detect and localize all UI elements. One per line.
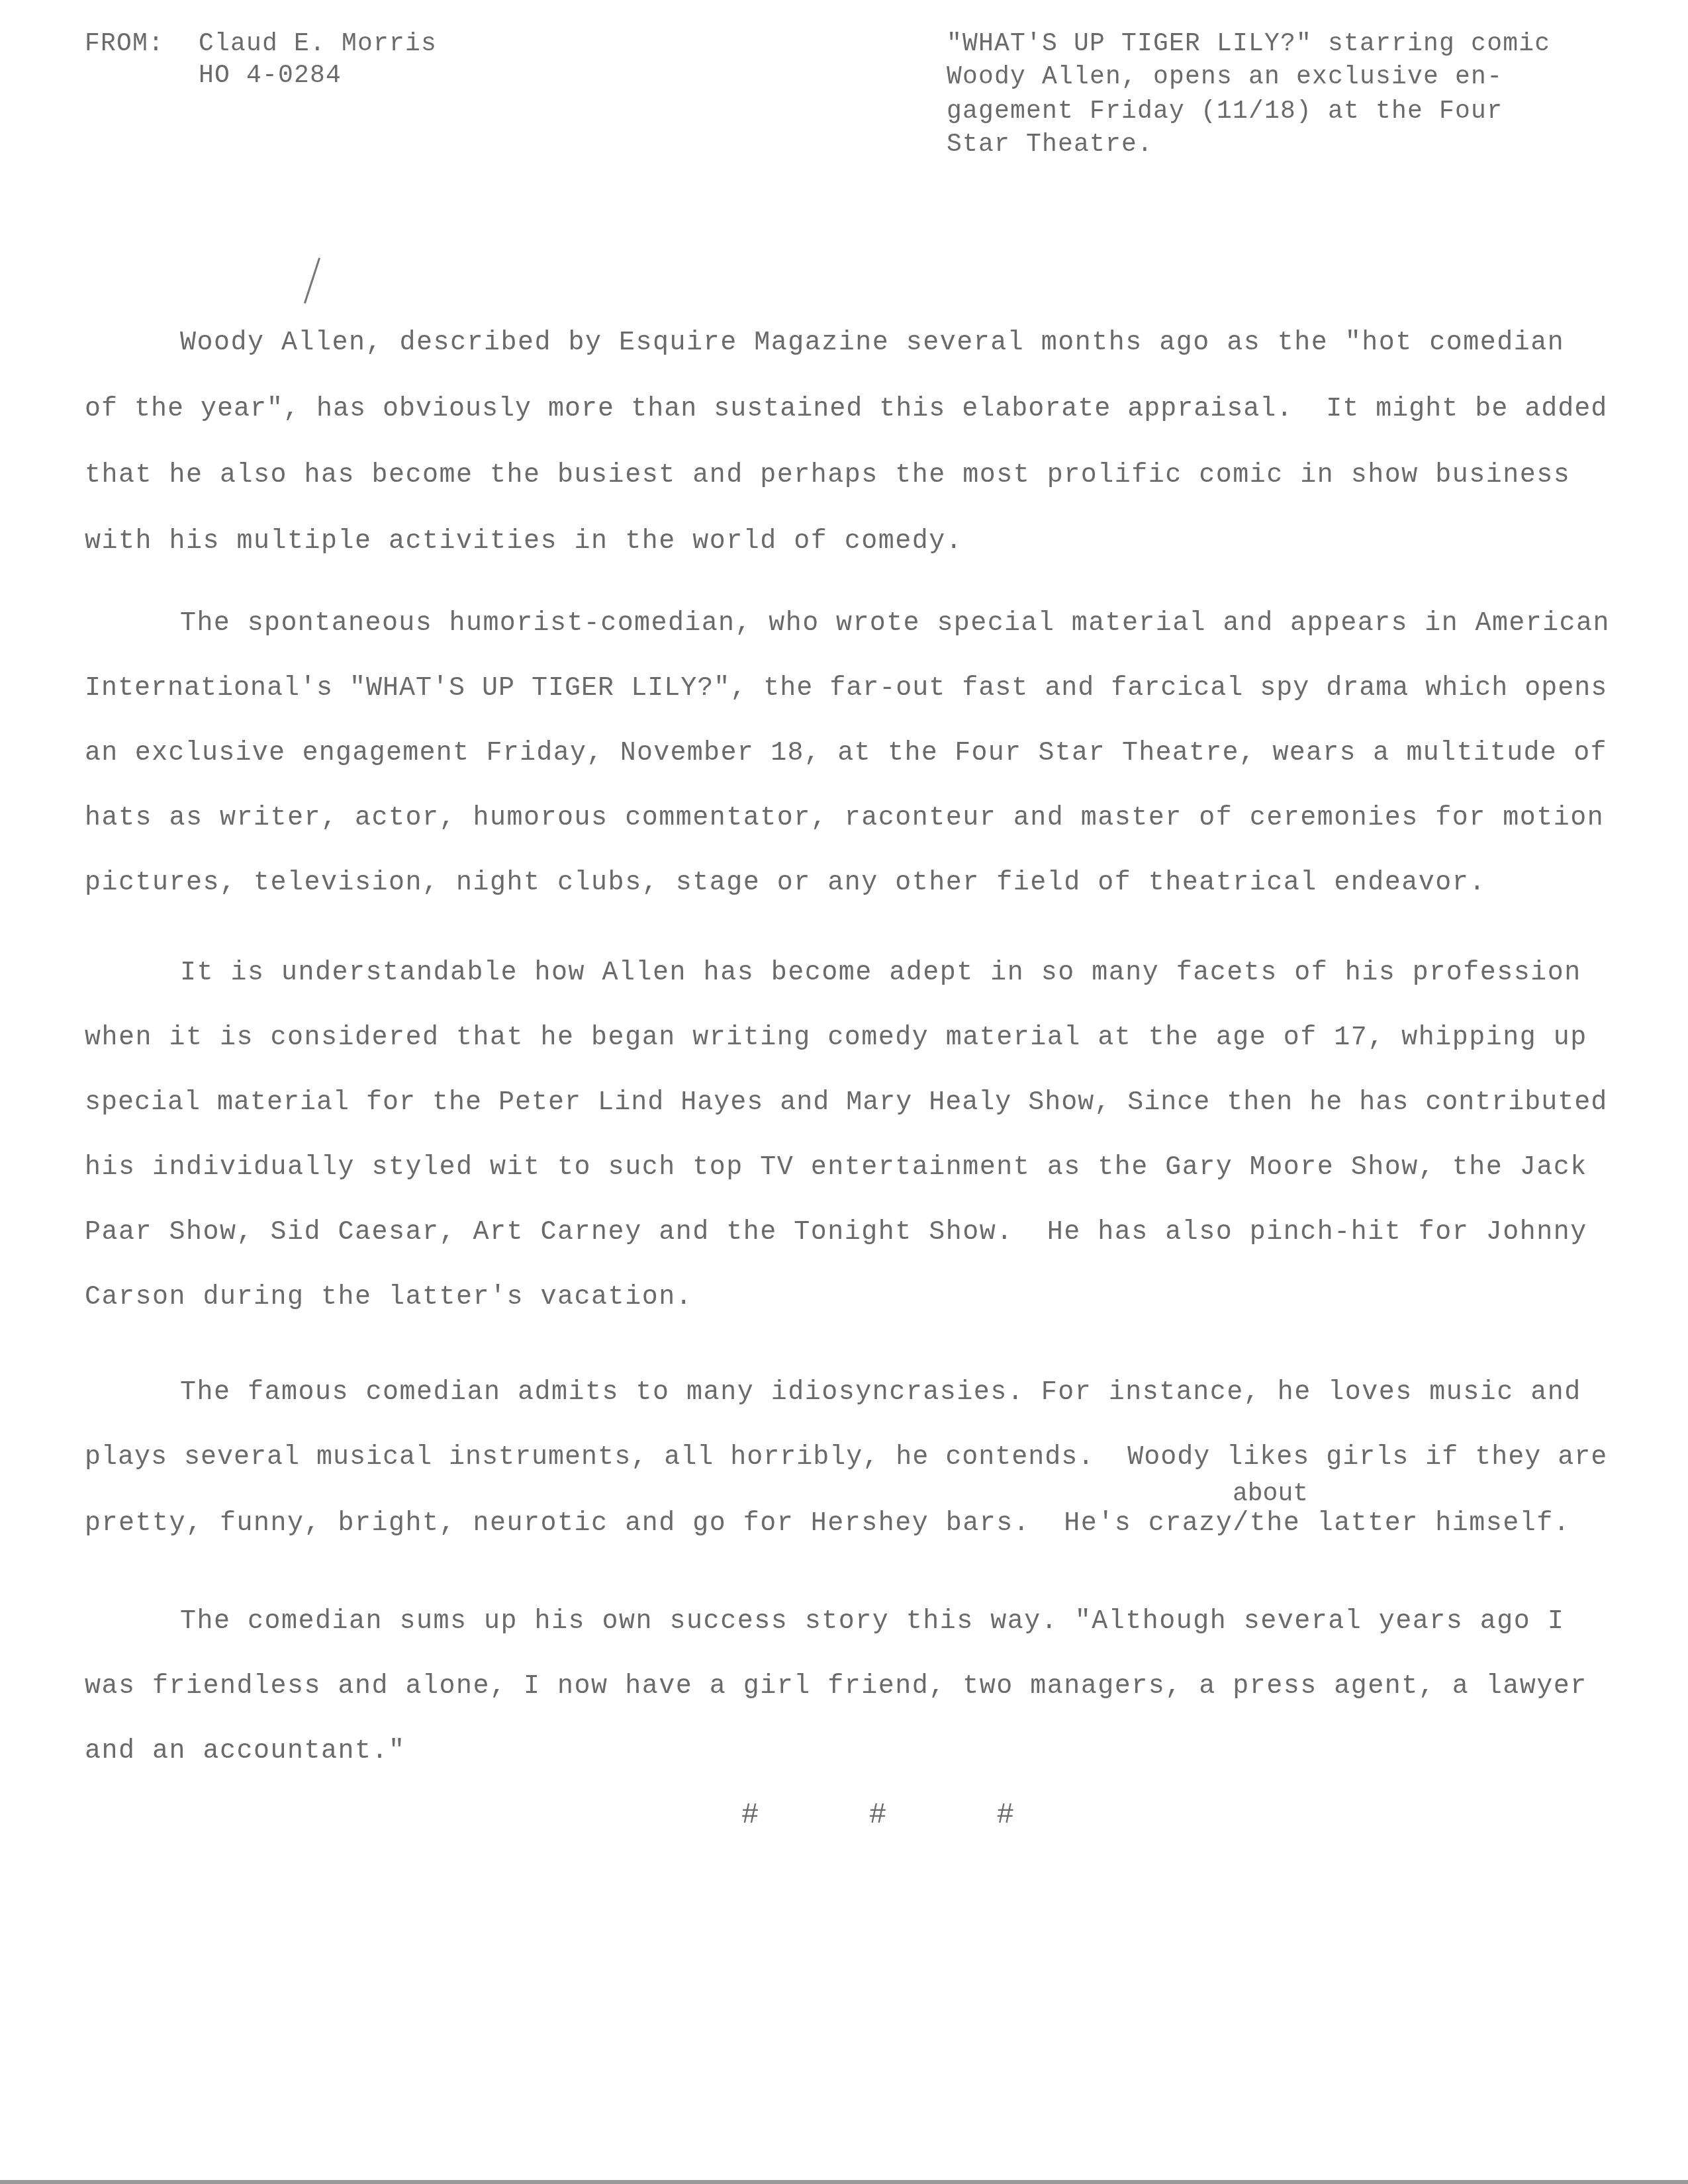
summary-line: Woody Allen, opens an exclusive en- [947, 65, 1503, 90]
body-line: special material for the Peter Lind Haye… [85, 1088, 1607, 1118]
pen-mark [304, 257, 320, 303]
body-line: an exclusive engagement Friday, November… [85, 739, 1607, 768]
body-line: with his multiple activities in the worl… [85, 527, 962, 557]
body-line: pretty, funny, bright, neurotic and go f… [85, 1509, 1570, 1539]
body-line: that he also has become the busiest and … [85, 461, 1570, 490]
summary-line: Star Theatre. [947, 132, 1153, 158]
summary-line: gagement Friday (11/18) at the Four [947, 99, 1503, 124]
body-line: The famous comedian admits to many idios… [180, 1378, 1581, 1408]
body-line: International's "WHAT'S UP TIGER LILY?",… [85, 674, 1607, 704]
body-line: and an accountant." [85, 1737, 406, 1766]
body-line: when it is considered that he began writ… [85, 1023, 1587, 1053]
body-line: Paar Show, Sid Caesar, Art Carney and th… [85, 1218, 1587, 1248]
body-line: plays several musical instruments, all h… [85, 1443, 1607, 1473]
body-line: hats as writer, actor, humorous commenta… [85, 803, 1604, 833]
press-release-page: FROM: Claud E. Morris HO 4-0284 "WHAT'S … [0, 0, 1688, 2184]
handwritten-insert: about [1233, 1480, 1308, 1508]
body-line: of the year", has obviously more than su… [85, 394, 1607, 424]
body-line: pictures, television, night clubs, stage… [85, 868, 1486, 898]
body-line: his individually styled wit to such top … [85, 1153, 1587, 1183]
summary-line: "WHAT'S UP TIGER LILY?" starring comic [947, 32, 1550, 57]
body-line: Carson during the latter's vacation. [85, 1283, 692, 1312]
from-name: Claud E. Morris [199, 32, 437, 57]
body-line: was friendless and alone, I now have a g… [85, 1672, 1587, 1702]
end-mark: # # # [741, 1799, 1060, 1832]
body-line: The spontaneous humorist-comedian, who w… [180, 609, 1610, 639]
from-phone: HO 4-0284 [199, 64, 342, 89]
body-line: Woody Allen, described by Esquire Magazi… [180, 328, 1564, 358]
page-edge [0, 2180, 1688, 2184]
body-line: It is understandable how Allen has becom… [180, 958, 1581, 988]
from-label: FROM: [85, 32, 164, 57]
body-line: The comedian sums up his own success sto… [180, 1607, 1564, 1637]
